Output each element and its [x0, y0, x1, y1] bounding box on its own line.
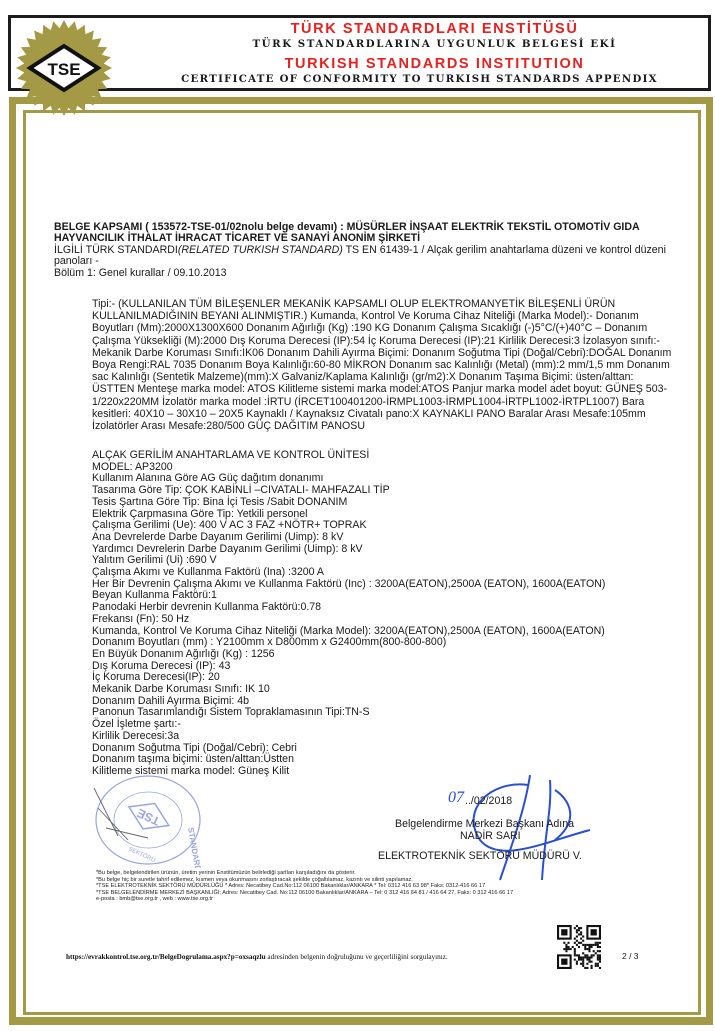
tse-seal-logo-icon: TSE: [14, 18, 114, 118]
spec-line: Mekanik Darbe Koruması Sınıfı: IK 10: [92, 684, 672, 696]
spec-line: Ana Devrelerde Darbe Dayanım Gerilimi (U…: [92, 532, 672, 544]
signatory-office: Belgelendirme Merkezi Başkanı Adına: [395, 818, 574, 830]
verification-line: https://evrakkontrol.tse.org.tr/BelgeDog…: [66, 953, 448, 961]
related-standard: İLGİLİ TÜRK STANDARDI(RELATED TURKISH ST…: [54, 245, 674, 268]
footnote-line: *Bu belge, belgelendirilen ürünün, üreti…: [96, 870, 656, 877]
svg-text:TSE: TSE: [47, 60, 80, 79]
standard-part: Bölüm 1: Genel kurallar / 09.10.2013: [54, 268, 674, 279]
signature-date: ../02/2018: [465, 795, 512, 807]
spec-line: ALÇAK GERİLİM ANAHTARLAMA VE KONTROL ÜNİ…: [92, 450, 672, 462]
signatory-name: NADİR SARI: [460, 830, 521, 842]
spec-line: Frekansı (Fn): 50 Hz: [92, 614, 672, 626]
spec-line: Çalışma Akımı ve Kullanma Faktörü (Ina) …: [92, 567, 672, 579]
spec-line: Kirlilik Derecesi:3a: [92, 731, 672, 743]
page-number: 2 / 3: [622, 951, 639, 961]
spec-line: En Büyük Donanım Ağırlığı (Kg) : 1256: [92, 649, 672, 661]
certificate-scope: BELGE KAPSAMI ( 153572-TSE-01/02nolu bel…: [54, 222, 674, 279]
institute-name-en: TURKISH STANDARDS INSTITUTION: [11, 56, 708, 72]
svg-text:07: 07: [448, 789, 465, 806]
footnote-line: *TSE ELEKTROTEKNİK SEKTÖRÜ MÜDÜRLÜĞÜ * A…: [96, 883, 656, 890]
type-description: Tipi:- (KULLANILAN TÜM BİLEŞENLER MEKANİ…: [92, 298, 672, 432]
institute-name-tr: TÜRK STANDARDLARI ENSTİTÜSÜ: [11, 21, 708, 37]
official-stamp-icon: TSE STANDARDLARI SEKTÖRÜ: [88, 768, 208, 868]
footnote-line: *TSE BELGELENDİRME MERKEZİ BAŞKANLIĞI; A…: [96, 890, 656, 897]
legal-footnotes: *Bu belge, belgelendirilen ürünün, üreti…: [96, 870, 656, 903]
footnote-line: e-posta : bmb@tse.org.tr , web : www.tse…: [96, 896, 656, 903]
verification-link[interactable]: https://evrakkontrol.tse.org.tr/BelgeDog…: [66, 953, 266, 961]
appendix-title-en: CERTIFICATE OF CONFORMITY TO TURKISH STA…: [11, 73, 708, 85]
appendix-title-tr: TÜRK STANDARDLARINA UYGUNLUK BELGESİ EKİ: [11, 38, 708, 50]
scope-title: BELGE KAPSAMI ( 153572-TSE-01/02nolu bel…: [54, 222, 674, 245]
qr-code-icon[interactable]: [557, 925, 601, 969]
spec-line: Özel İşletme şartı:-: [92, 719, 672, 731]
product-specifications: ALÇAK GERİLİM ANAHTARLAMA VE KONTROL ÜNİ…: [92, 450, 672, 778]
signatory-title: ELEKTROTEKNİK SEKTÖRÜ MÜDÜRÜ V.: [378, 850, 582, 862]
spec-line: Tesis Şartına Göre Tip: Bina İçi Tesis /…: [92, 497, 672, 509]
